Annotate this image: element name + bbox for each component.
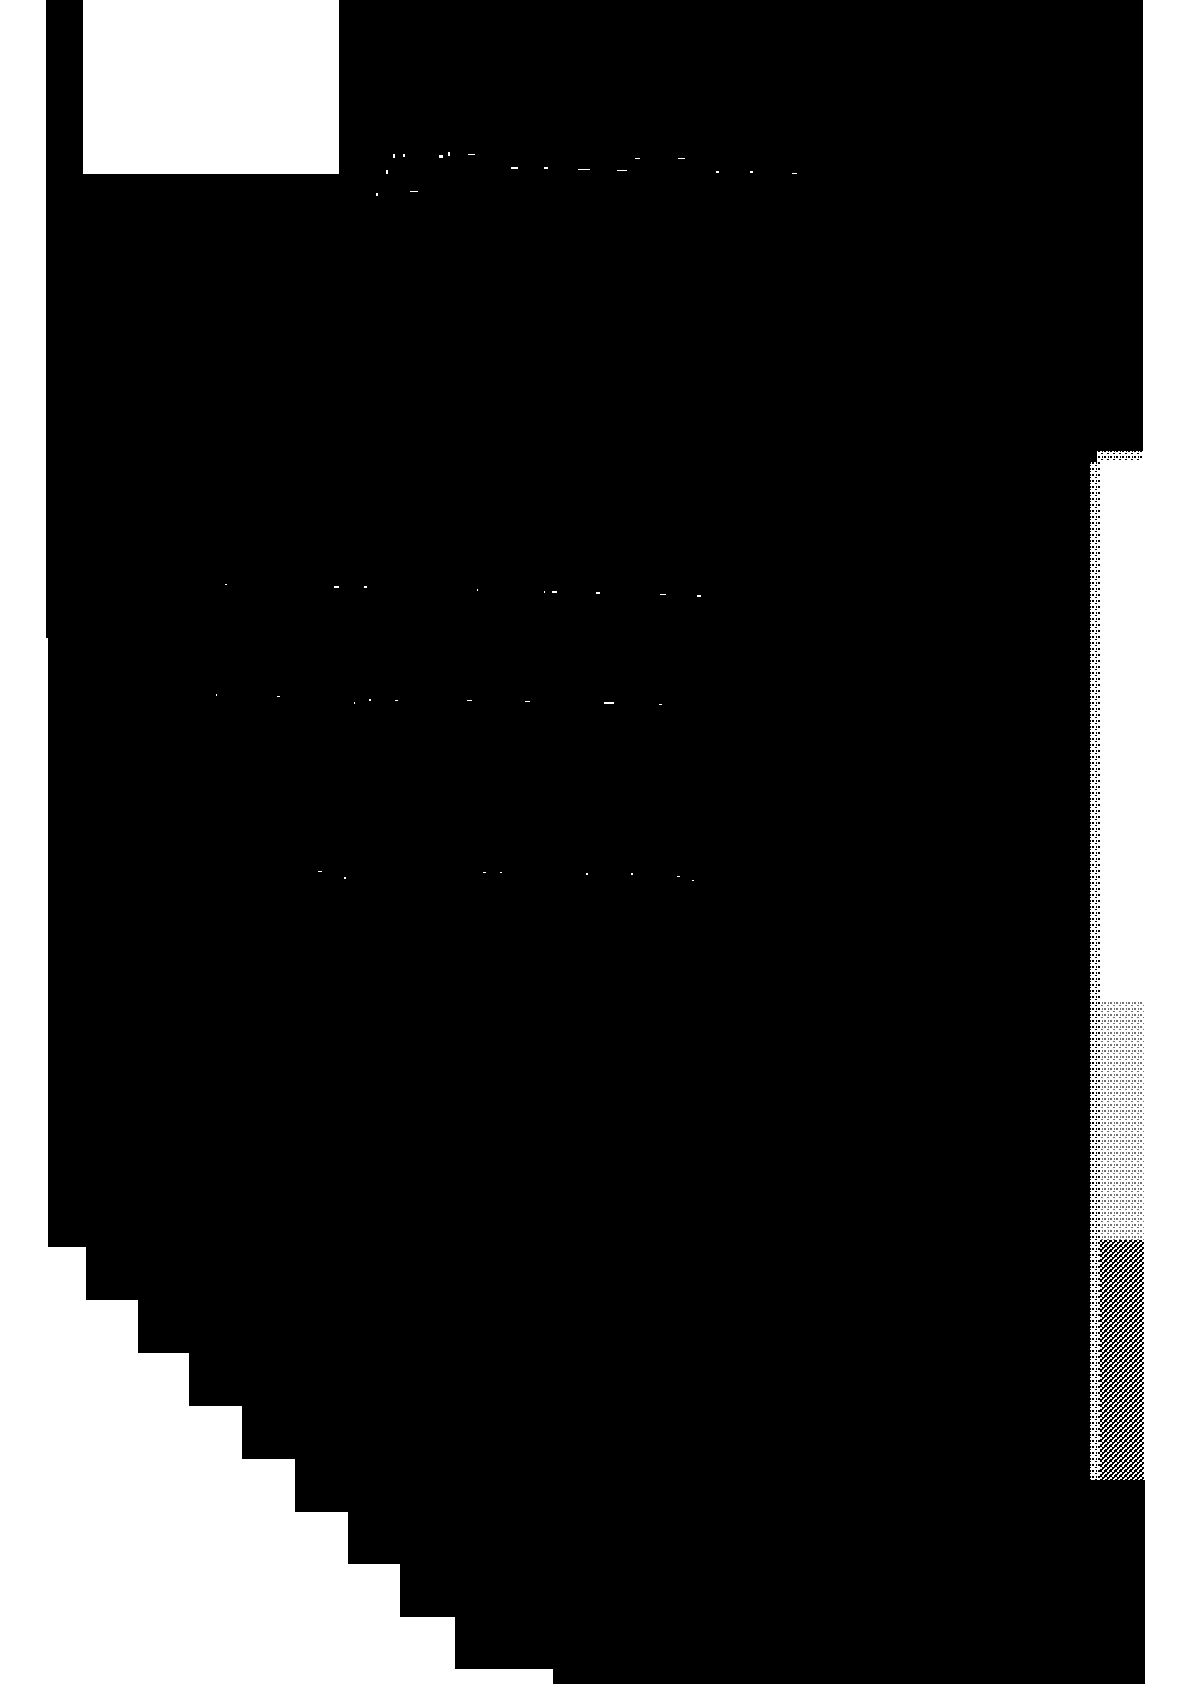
scan-noise-edge — [1090, 462, 1100, 1480]
white-label-block — [83, 0, 339, 174]
cover-artwork — [0, 0, 1191, 1684]
scan-noise-strip-lower — [1100, 1240, 1144, 1480]
scan-noise-strip-upper — [1097, 451, 1143, 462]
scan-noise-strip-mid — [1100, 1000, 1144, 1240]
